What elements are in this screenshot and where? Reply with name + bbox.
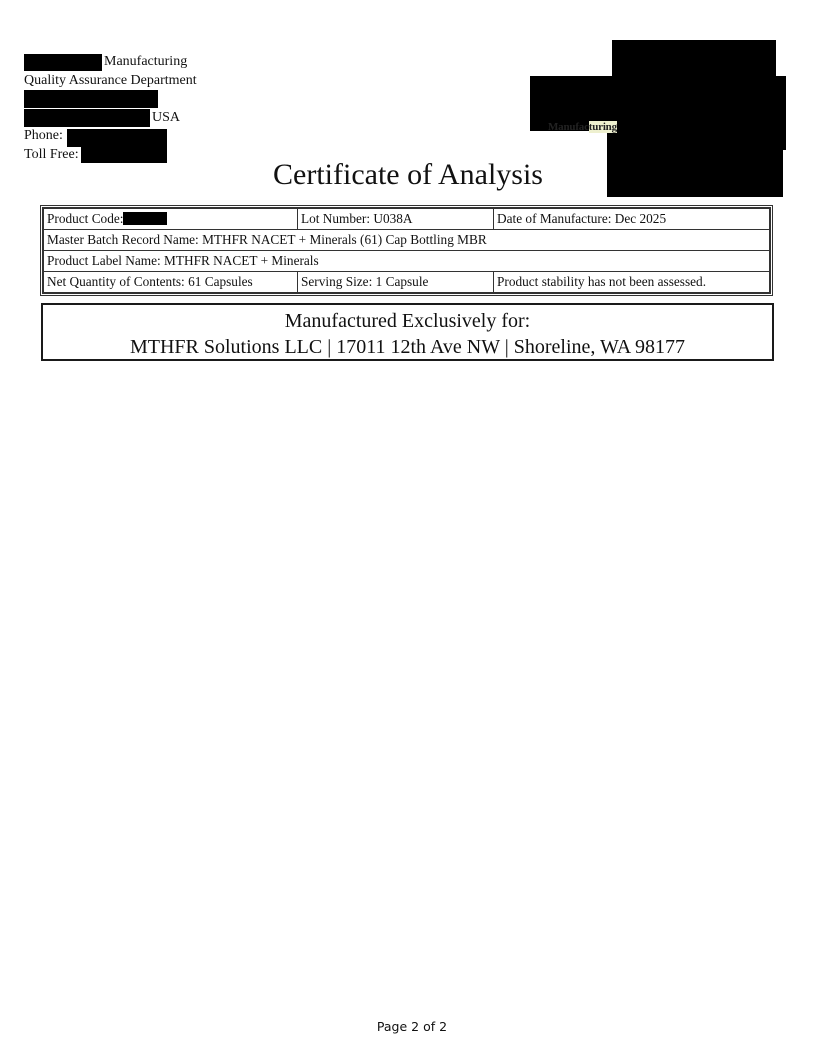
redacted-city-state (24, 109, 150, 127)
country: USA (152, 109, 180, 128)
table-row: Product Code: Lot Number: U038A Date of … (44, 209, 770, 230)
table-row: Net Quantity of Contents: 61 Capsules Se… (44, 272, 770, 293)
company-suffix: Manufacturing (104, 53, 187, 72)
lot-number-cell: Lot Number: U038A (298, 209, 494, 230)
redacted-street-address (24, 90, 158, 108)
manufactured-for-details: MTHFR Solutions LLC | 17011 12th Ave NW … (43, 334, 772, 360)
page-indicator: Page 2 of 2 (377, 1019, 447, 1034)
date-of-manufacture-cell: Date of Manufacture: Dec 2025 (494, 209, 770, 230)
logo-redaction-top (612, 40, 776, 80)
company-name-line: Manufacturing (24, 53, 197, 72)
street-address-line (24, 90, 197, 109)
product-code-label: Product Code: (47, 211, 123, 226)
logo-text-highlighted: turing (589, 121, 617, 133)
logo-partial-text: Manufacturing (548, 121, 617, 134)
net-quantity-cell: Net Quantity of Contents: 61 Capsules (44, 272, 298, 293)
manufactured-for-box: Manufactured Exclusively for: MTHFR Solu… (41, 303, 774, 361)
logo-text-plain: Manufac (548, 121, 589, 133)
serving-size-cell: Serving Size: 1 Capsule (298, 272, 494, 293)
product-label-name-cell: Product Label Name: MTHFR NACET + Minera… (44, 251, 770, 272)
company-address-block: Manufacturing Quality Assurance Departme… (24, 53, 197, 164)
table-row: Product Label Name: MTHFR NACET + Minera… (44, 251, 770, 272)
product-info-table: Product Code: Lot Number: U038A Date of … (40, 205, 773, 296)
manufactured-for-heading: Manufactured Exclusively for: (43, 308, 772, 334)
stability-note-cell: Product stability has not been assessed. (494, 272, 770, 293)
department-name: Quality Assurance Department (24, 72, 197, 91)
phone-label: Phone: (24, 127, 63, 146)
redacted-product-code (123, 212, 167, 225)
product-code-cell: Product Code: (44, 209, 298, 230)
document-title: Certificate of Analysis (0, 155, 816, 195)
redacted-company-name (24, 54, 102, 71)
city-line: USA (24, 109, 197, 128)
department-line: Quality Assurance Department (24, 72, 197, 91)
page-footer: Page 2 of 2 (0, 1019, 816, 1034)
table-row: Master Batch Record Name: MTHFR NACET + … (44, 230, 770, 251)
master-batch-record-cell: Master Batch Record Name: MTHFR NACET + … (44, 230, 770, 251)
document-title-text: Certificate of Analysis (273, 158, 543, 191)
